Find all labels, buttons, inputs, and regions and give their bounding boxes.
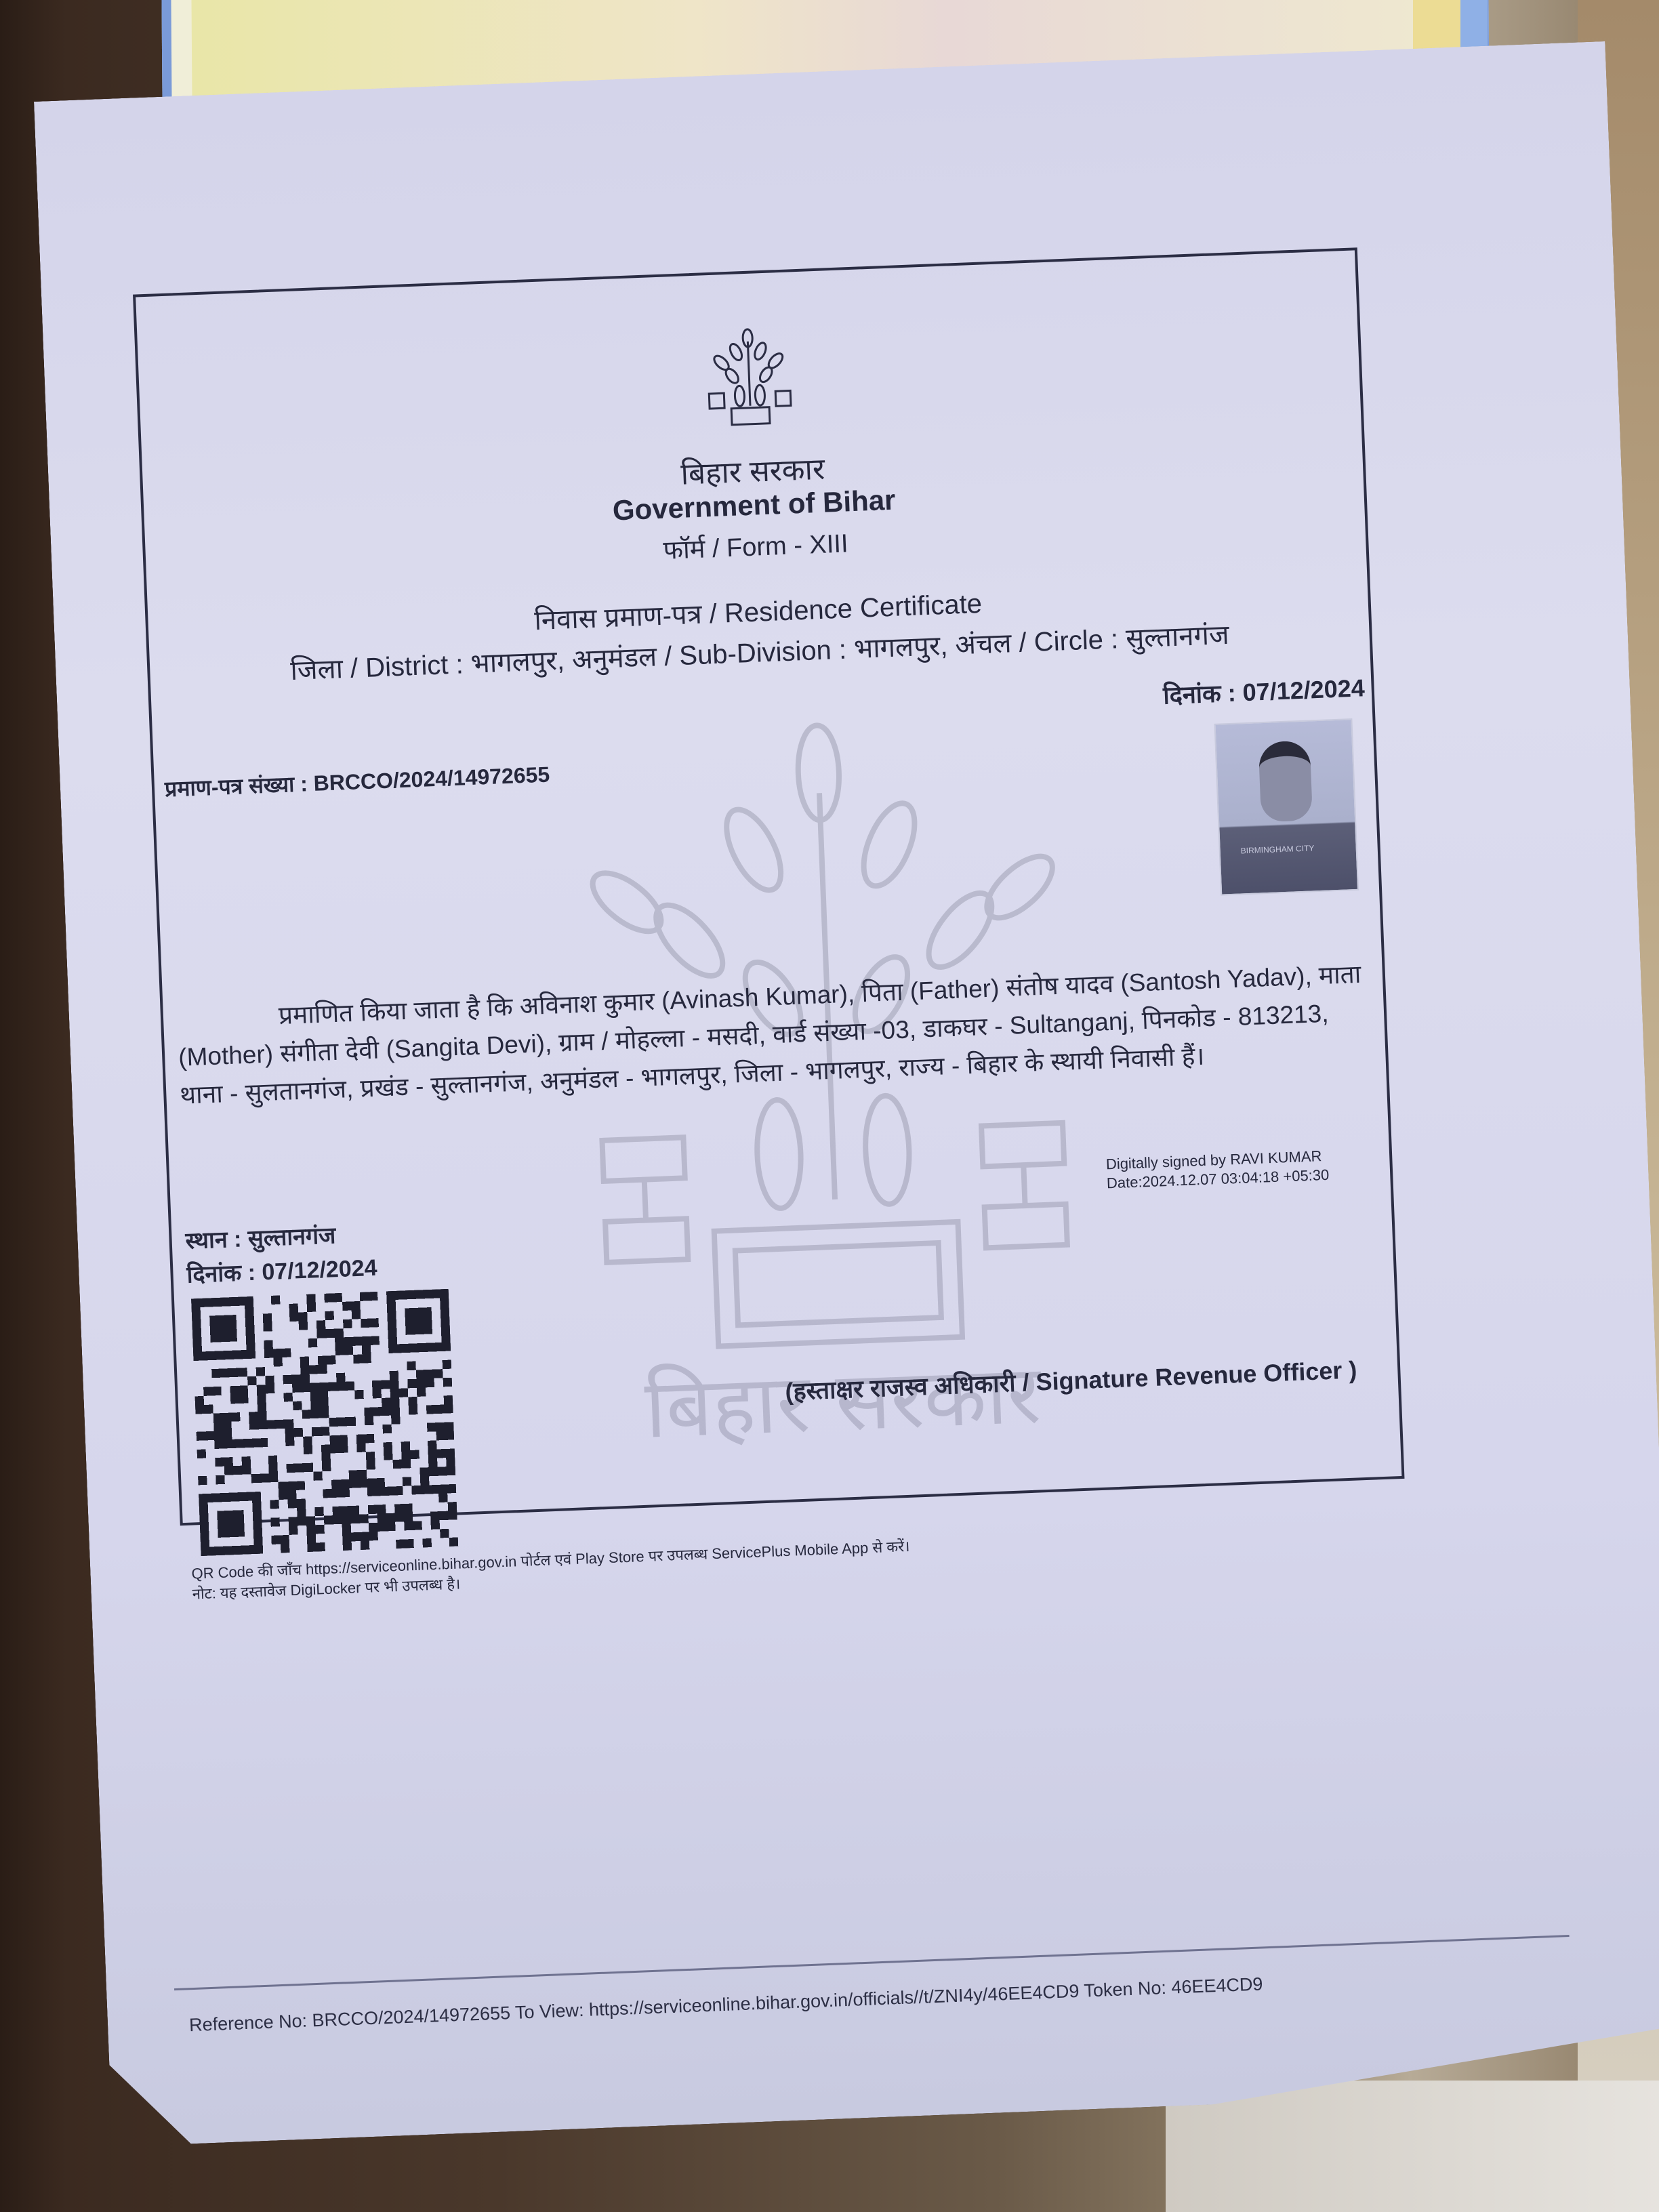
photo-head	[1258, 740, 1313, 822]
applicant-photo: BIRMINGHAM CITY	[1214, 718, 1359, 896]
floor-tile	[1166, 2081, 1659, 2212]
residence-certificate-page: बिहार सरकार बिहार सरकार Government of Bi…	[34, 41, 1659, 2147]
digital-signature: Digitally signed by RAVI KUMAR Date:2024…	[1105, 1147, 1329, 1193]
certificate-frame: बिहार सरकार बिहार सरकार Government of Bi…	[133, 247, 1404, 1525]
qr-code-icon	[191, 1289, 458, 1556]
issue-date-bottom: दिनांक : 07/12/2024	[186, 1251, 378, 1290]
bihar-emblem-icon	[700, 326, 799, 431]
issue-date-top: दिनांक : 07/12/2024	[1162, 670, 1365, 711]
photo-shirt-text: BIRMINGHAM CITY	[1240, 843, 1314, 855]
certificate-number: प्रमाण-पत्र संख्या : BRCCO/2024/14972655	[164, 760, 550, 804]
place-of-issue: स्थान : सुल्तानगंज	[185, 1218, 336, 1255]
certificate-body: प्रमाणित किया जाता है कि अविनाश कुमार (A…	[176, 955, 1372, 1114]
footer-divider	[174, 1935, 1570, 1990]
certificate-body-text: प्रमाणित किया जाता है कि अविनाश कुमार (A…	[178, 960, 1361, 1109]
